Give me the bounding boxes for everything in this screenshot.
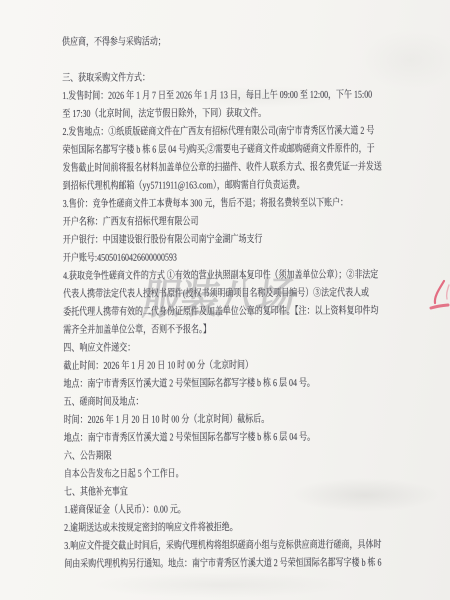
- text-line: 七、其他补充事宜: [64, 483, 318, 502]
- text-line: 荣恒国际名都写字楼 b 栋 6 层 04 号)购买;②需要电子磋商文件或邮购磋商…: [62, 141, 316, 160]
- text-line: 开户账号:45050160426600000593: [63, 249, 317, 268]
- text-line: 2.逾期送达或未按规定密封的响应文件将被拒绝。: [64, 519, 318, 538]
- text-line: 3.售价：竞争性磋商文件工本费每本 300 元，售后不退；将报名费转至以下账户：: [63, 195, 317, 214]
- text-line: 需齐全并加盖单位公章，否则不予报名。】: [63, 321, 317, 340]
- text-line: 发售截止时间前将报名材料加盖单位公章的扫描件、收件人联系方式、报名费凭证一并发送: [63, 159, 317, 178]
- text-line: 六、公告期限: [64, 447, 318, 466]
- text-line: 3.响应文件提交截止时间后，采购代理机构将组织磋商小组与竞标供应商进行磋商，具体…: [64, 537, 318, 556]
- text-line: 1.磋商保证金（人民币）：0.00 元。: [64, 501, 318, 520]
- text-line: 四、响应文件递交：: [63, 339, 317, 358]
- text-line: 地点：南宁市青秀区竹溪大道 2 号荣恒国际名都写字楼 b 栋 6 层 04 号。: [63, 375, 317, 394]
- text-line: 开户银行：中国建设银行股份有限公司南宁金湖广场支行: [63, 231, 317, 250]
- text-line: 4.获取竞争性磋商文件的方式 ①有效的营业执照副本复印件（须加盖单位公章）；②非…: [63, 267, 317, 286]
- document-text: 供应商，不得参与采购活动；三、获取采购文件方式：1.发售时间：2026 年 1 …: [62, 33, 398, 574]
- text-line: 2.发售地点：①纸质版磋商文件在广西友有招标代理有限公司(南宁市青秀区竹溪大道 …: [62, 123, 316, 142]
- text-line: 至 17:30（北京时间，法定节假日除外，下同）获取文件。: [62, 105, 316, 124]
- scanned-document-page: 服装八场 供应商，不得参与采购活动；三、获取采购文件方式：1.发售时间：2026…: [0, 0, 450, 600]
- text-line: 1.发售时间：2026 年 1 月 7 日至 2026 年 1 月 13 日，每…: [62, 87, 316, 106]
- text-line: 自本公告发布之日起 5 个工作日。: [64, 465, 318, 484]
- text-line: 供应商，不得参与采购活动；: [62, 33, 316, 52]
- red-pen-mark: [414, 275, 450, 345]
- text-line: 委托代理人携带有效的二代身份证原件及加盖单位公章的复印件。【注：以上资料复印件均: [63, 303, 317, 322]
- text-line: 地点：南宁市青秀区竹溪大道 2 号荣恒国际名都写字楼 b 栋 6 层 04 号。: [64, 429, 318, 448]
- text-line: 代表人携带法定代表人授权书原件(授权书须明确项目名称及项目编号）③法定代表人或: [63, 285, 317, 304]
- text-line: 三、获取采购文件方式：: [62, 69, 316, 88]
- text-line: 到招标代理机构邮箱（yy5711911@163.com），邮购需自行负责运费。: [63, 177, 317, 196]
- scan-smudge: [90, 572, 350, 598]
- text-line: 开户名称：广西友有招标代理有限公司: [63, 213, 317, 232]
- text-line: 五、磋商时间及地点：: [64, 393, 318, 412]
- text-line: 截止时间：2026 年 1 月 20 日 10 时 00 分（北京时间）: [63, 357, 317, 376]
- text-line: 时间：2026 年 1 月 20 日 10 时 00 分（北京时间）截标后。: [64, 411, 318, 430]
- text-line: 间由采购代理机构另行通知。地点：南宁市青秀区竹溪大道 2 号荣恒国际名都写字楼 …: [64, 555, 318, 574]
